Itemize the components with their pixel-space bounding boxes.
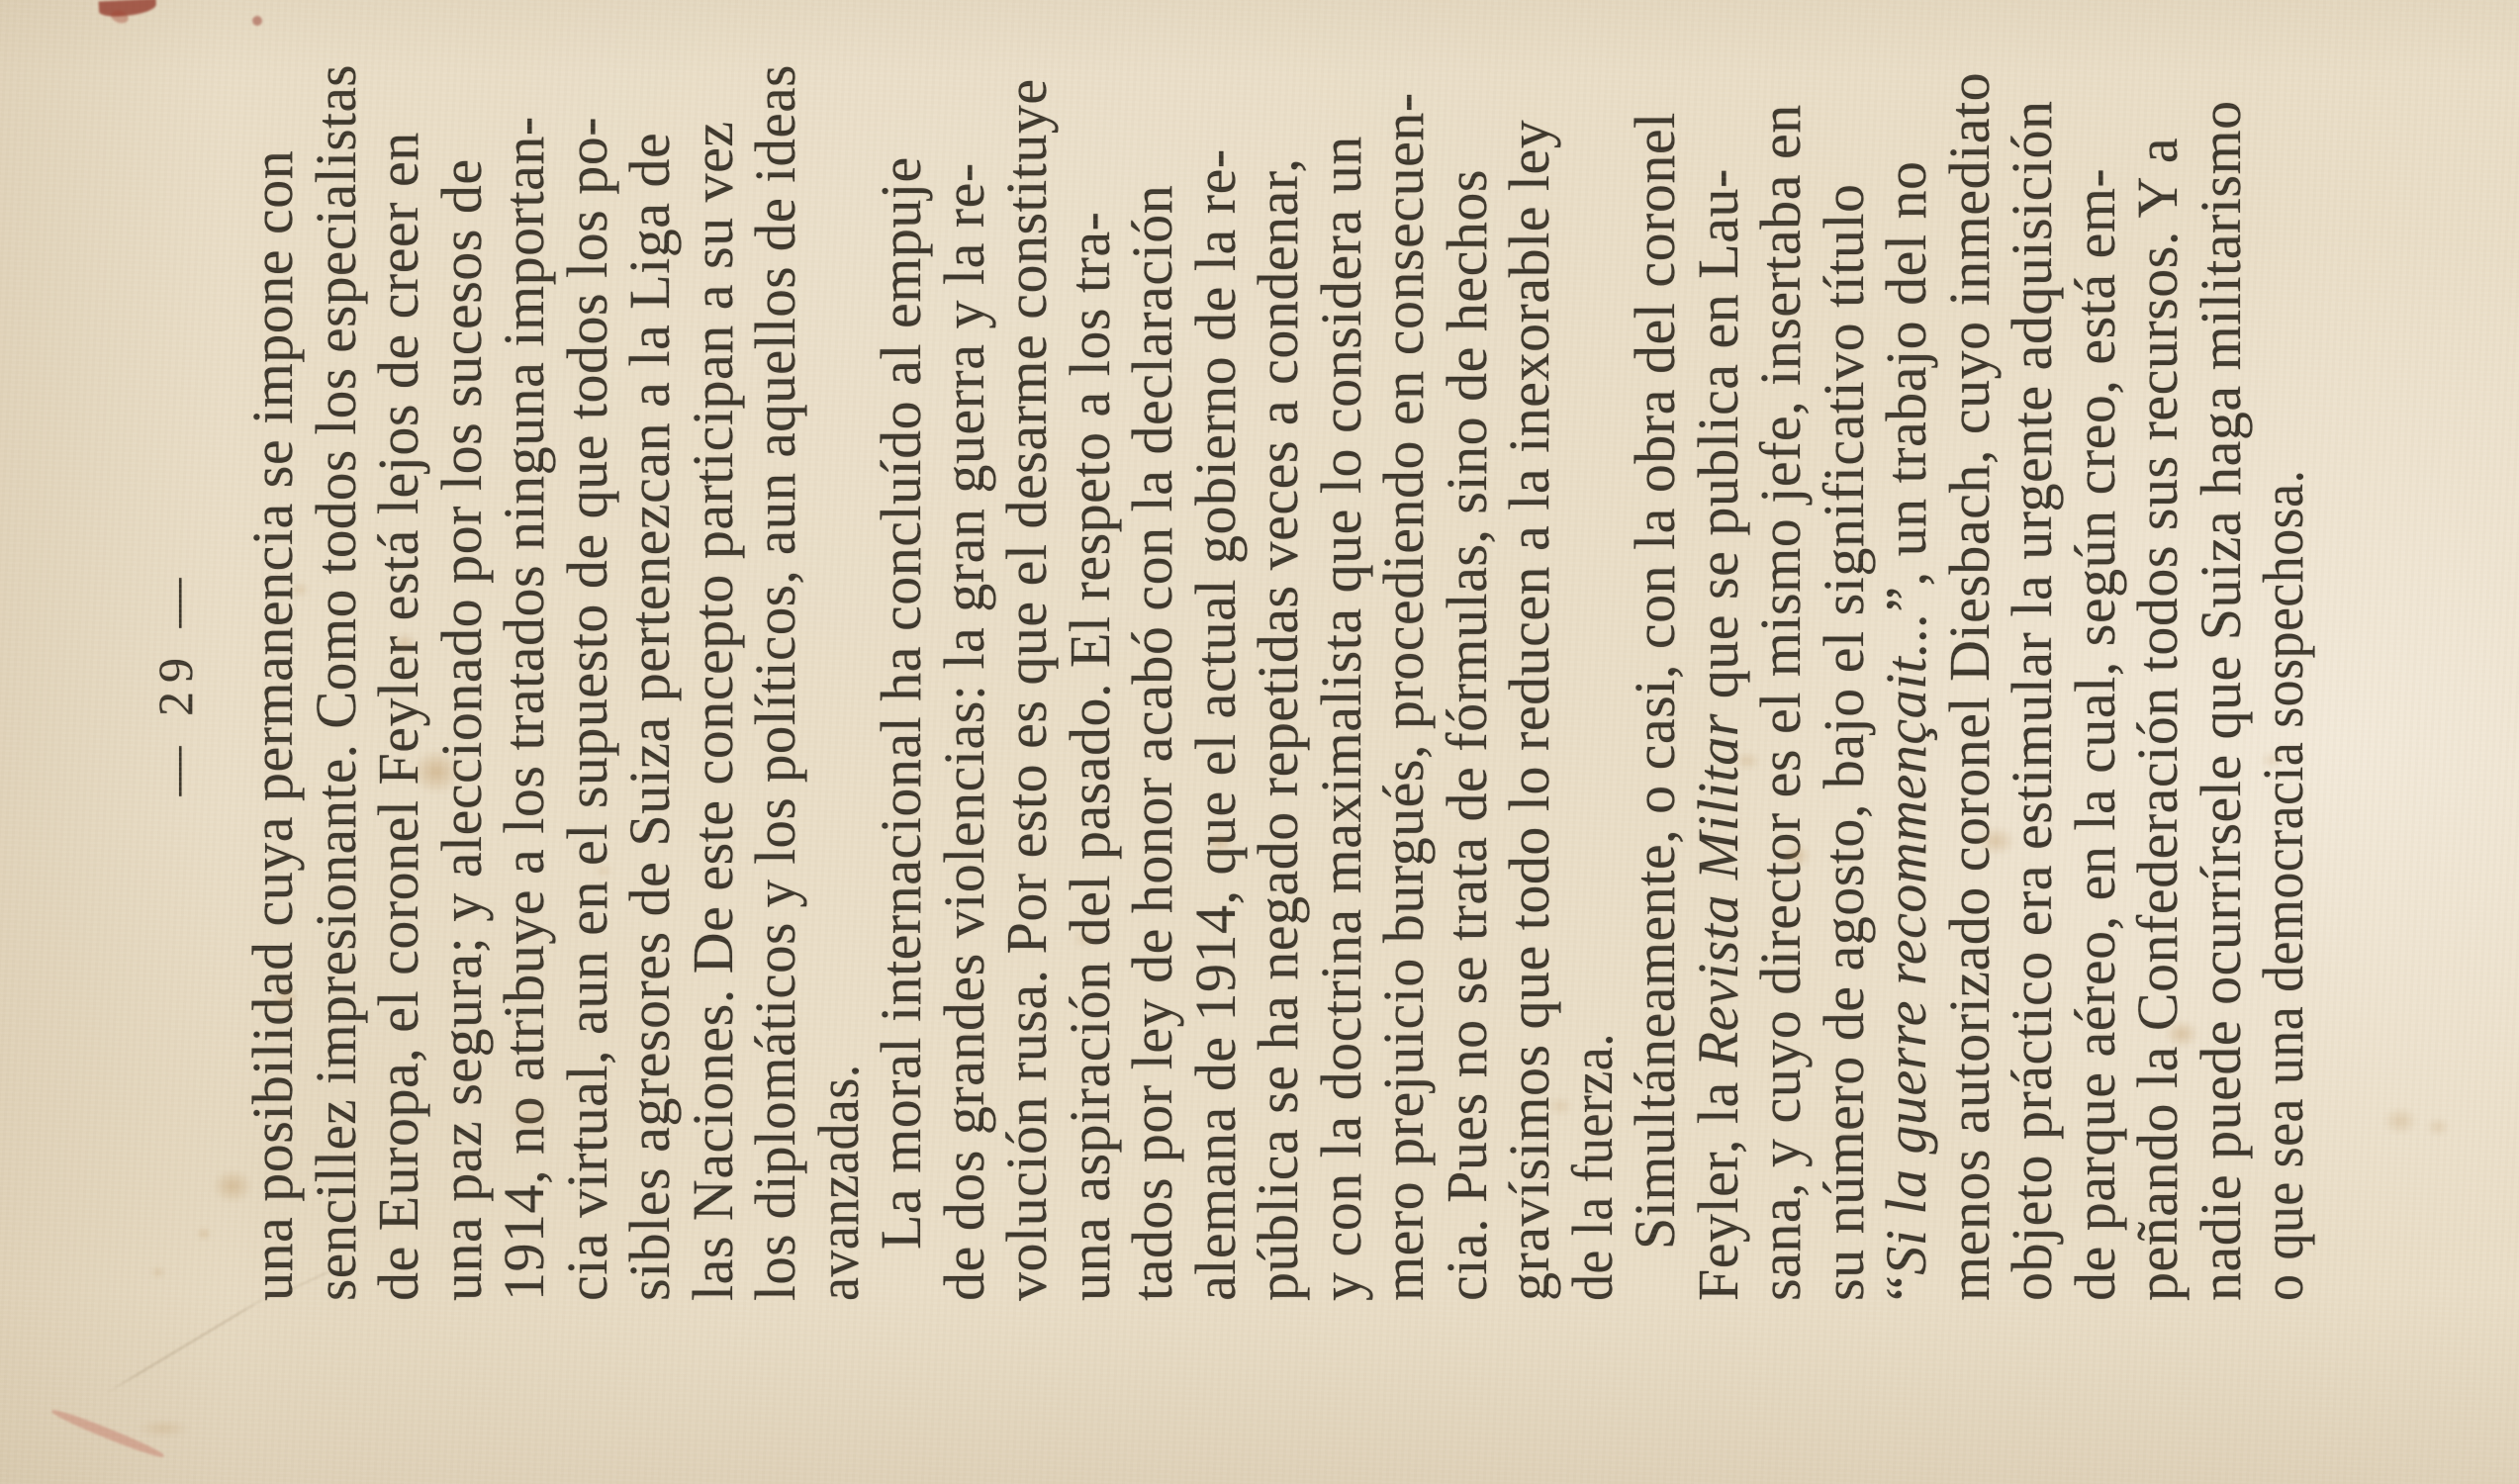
text-segment: y con la doctrina maximalista que lo con…: [1309, 136, 1373, 1301]
text-segment: mero prejuicio burgués, procediendo en c…: [1371, 92, 1436, 1301]
text-segment: 1914, no atribuye a los tratados ninguna…: [492, 116, 556, 1301]
text-segment: objeto práctico era estimular la urgente…: [2000, 101, 2064, 1302]
text-segment: las Naciones. De este concepto participa…: [681, 121, 745, 1301]
text-line: mero prejuicio burgués, procediendo en c…: [1372, 64, 1436, 1301]
text-segment: su número de agosto, bajo el significati…: [1812, 183, 1876, 1301]
text-segment: avanzadas.: [806, 1064, 871, 1301]
text-line: La moral internacional ha concluído al e…: [870, 64, 933, 1301]
text-segment: cia. Pues no se trata de fórmulas, sino …: [1435, 169, 1499, 1301]
text-segment: nadie puede ocurrírsele que Suiza haga m…: [2189, 100, 2253, 1301]
text-segment: Feyler, la: [1686, 1067, 1750, 1301]
text-line: Simultáneamente, o casi, con la obra del…: [1624, 64, 1687, 1301]
scanned-book-page: — 29 — una posibilidad cuya permanencia …: [0, 0, 2519, 1484]
text-segment: menos autorizado coronel Diesbach, cuyo …: [1937, 72, 2002, 1301]
text-segment: o que sea una democracia sospechosa.: [2251, 470, 2315, 1301]
text-line: pública se ha negado repetidas veces a c…: [1247, 64, 1310, 1301]
italic-text-segment: Si la guerre recommençait...: [1874, 612, 1938, 1275]
text-segment: una posibilidad cuya permanencia se impo…: [240, 150, 305, 1301]
text-segment: peñando la Confederación todos sus recur…: [2125, 138, 2190, 1301]
text-segment: ”, un trabajo del no: [1874, 161, 1938, 612]
text-segment: cia virtual, aun en el supuesto de que t…: [555, 117, 619, 1301]
text-line: 1914, no atribuye a los tratados ninguna…: [493, 64, 556, 1301]
text-line: cia. Pues no se trata de fórmulas, sino …: [1436, 64, 1499, 1301]
text-segment: sibles agresores de Suiza pertenezcan a …: [617, 133, 682, 1301]
text-segment: que se publica en Lau-: [1686, 168, 1750, 713]
text-line: de parque aéreo, en la cual, según creo,…: [2064, 64, 2127, 1301]
text-line: de la fuerza.: [1561, 151, 1625, 1302]
text-line: y con la doctrina maximalista que lo con…: [1310, 64, 1373, 1301]
text-line: de Europa, el coronel Feyler está lejos …: [367, 64, 430, 1301]
text-block: una posibilidad cuya permanencia se impo…: [241, 64, 2315, 1301]
text-segment: pública se ha negado repetidas veces a c…: [1246, 158, 1310, 1301]
text-segment: de dos grandes violencias: la gran guerr…: [932, 162, 996, 1301]
text-segment: gravísimos que todo lo reducen a la inex…: [1497, 120, 1561, 1301]
text-segment: tados por ley de honor acabó con la decl…: [1120, 185, 1184, 1301]
text-line: sibles agresores de Suiza pertenezcan a …: [618, 64, 682, 1301]
text-line: objeto práctico era estimular la urgente…: [2001, 64, 2064, 1301]
text-segment: sencillez impresionante. Como todos los …: [304, 64, 368, 1301]
text-line: su número de agosto, bajo el significati…: [1813, 64, 1876, 1301]
text-line: peñando la Confederación todos sus recur…: [2126, 64, 2190, 1301]
text-segment: alemana de 1914, que el actual gobierno …: [1183, 148, 1248, 1301]
book-page: — 29 — una posibilidad cuya permanencia …: [0, 0, 2519, 1484]
text-line: una posibilidad cuya permanencia se impo…: [241, 64, 305, 1301]
text-segment: La moral internacional ha concluído al e…: [869, 156, 933, 1250]
text-line: sana, y cuyo director es el mismo jefe, …: [1749, 64, 1813, 1301]
text-line: sencillez impresionante. Como todos los …: [305, 84, 368, 1301]
text-line: gravísimos que todo lo reducen a la inex…: [1498, 64, 1561, 1301]
text-line: o que sea una democracia sospechosa.: [2252, 151, 2315, 1302]
text-line: avanzadas.: [807, 151, 871, 1302]
text-line: cia virtual, aun en el supuesto de que t…: [556, 64, 619, 1301]
text-segment: de Europa, el coronel Feyler está lejos …: [366, 132, 430, 1301]
text-segment: los diplomáticos y los políticos, aun aq…: [743, 64, 807, 1301]
text-line: Feyler, la Revista Militar que se public…: [1687, 64, 1750, 1301]
text-segment: volución rusa. Por esto es que el desarm…: [994, 78, 1059, 1301]
italic-text-segment: Revista Militar: [1686, 713, 1750, 1067]
text-segment: una paz segura; y aleccionado por los su…: [429, 158, 494, 1301]
text-segment: de parque aéreo, en la cual, según creo,…: [2063, 168, 2127, 1301]
text-segment: Simultáneamente, o casi, con la obra del…: [1623, 112, 1687, 1250]
text-line: nadie puede ocurrírsele que Suiza haga m…: [2190, 64, 2253, 1301]
text-line: una paz segura; y aleccionado por los su…: [430, 64, 494, 1301]
text-line: los diplomáticos y los políticos, aun aq…: [744, 87, 807, 1301]
text-line: menos autorizado coronel Diesbach, cuyo …: [1938, 64, 2002, 1301]
text-segment: sana, y cuyo director es el mismo jefe, …: [1748, 104, 1813, 1301]
text-segment: una aspiración del pasado. El respeto a …: [1058, 212, 1122, 1301]
text-line: de dos grandes violencias: la gran guerr…: [933, 64, 996, 1301]
text-segment: de la fuerza.: [1560, 1033, 1625, 1301]
text-line: las Naciones. De este concepto participa…: [682, 64, 745, 1301]
text-line: “Si la guerre recommençait...”, un traba…: [1875, 64, 1938, 1301]
text-line: tados por ley de honor acabó con la decl…: [1121, 64, 1184, 1301]
text-line: una aspiración del pasado. El respeto a …: [1059, 64, 1122, 1301]
text-line: alemana de 1914, que el actual gobierno …: [1184, 64, 1248, 1301]
text-segment: “: [1874, 1275, 1938, 1301]
page-number: — 29 —: [146, 64, 204, 1301]
text-line: volución rusa. Por esto es que el desarm…: [995, 64, 1059, 1301]
